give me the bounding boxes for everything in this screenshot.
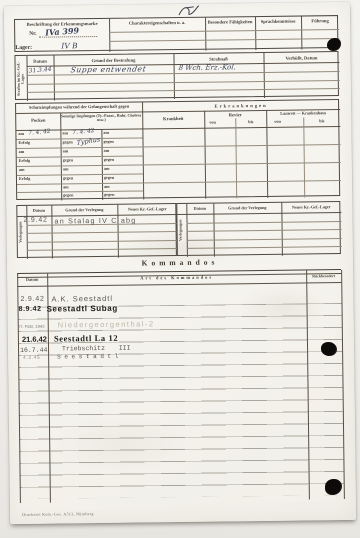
kommando-row-date: 2.9.42 xyxy=(20,296,44,303)
kommando-row-type: Seestadtl La 12 xyxy=(54,333,118,344)
punishment-entry-sentence: 8 Wch. Erz.-Kol. xyxy=(178,63,236,72)
punishment-served-header: Verbüßt, Datum xyxy=(263,55,339,61)
transfer-newcamp-header: Neues Kr.-Gef.-Lager xyxy=(281,205,341,210)
punishments-side-label: Strafen im Kr.-Gef.-Lager xyxy=(16,57,25,100)
punishment-date-header: Datum xyxy=(26,59,53,64)
sickbay-from-label: von xyxy=(209,121,216,126)
disease-col-label: Krankheit xyxy=(142,116,204,122)
kommando-row-date: 8.9.42 xyxy=(19,306,42,313)
kommando-row-date: 21.6.42 xyxy=(22,335,47,344)
handwritten-mark xyxy=(176,4,202,18)
vacc-gegen-label: gegen xyxy=(63,158,73,163)
transfer-date-header: Datum xyxy=(186,207,213,212)
abilities-col-label: Besondere Fähigkeiten xyxy=(206,19,254,25)
kommando-row-type: S e e s t a d t l xyxy=(57,353,118,361)
transfer-entry-date: 2.9.42 xyxy=(23,217,47,224)
vacc-am-label: am xyxy=(19,168,25,173)
punch-hole xyxy=(321,342,337,356)
kommando-date-header: Datum xyxy=(17,278,47,283)
kommando-row-date: 27. FEB. 1943 xyxy=(18,324,45,329)
kommando-row-type: Triebschitz III xyxy=(62,345,131,353)
vacc-gegen-label: gegen xyxy=(103,140,113,145)
pow-card-page: Beschriftung der Erkennungsmarke Nr. IVa… xyxy=(4,2,356,524)
transfer-reason-header: Grund der Verlegung xyxy=(51,208,117,213)
vaccinations-illnesses-table: Schutzimpfungen während der Gefangenscha… xyxy=(15,99,340,200)
vacc-am-label: am xyxy=(104,167,110,172)
vacc-erfolg-label: Erfolg xyxy=(18,141,29,146)
lager-value: IV B xyxy=(61,41,77,50)
languages-col-label: Sprachkenntnisse xyxy=(256,19,300,25)
vacc-gegen-label: gegen xyxy=(104,176,114,181)
vacc-am-label: am xyxy=(18,132,24,137)
vacc-gegen-label: gegen xyxy=(62,140,72,145)
vacc-gegen-label: gegen xyxy=(63,193,73,198)
kommando-recalled-header: Rückbeordert xyxy=(306,274,341,279)
vacc-am-label: am xyxy=(63,185,69,190)
punishment-sentence-header: Strafmaß xyxy=(173,56,263,62)
scanned-document: Beschriftung der Erkennungsmarke Nr. IVa… xyxy=(0,0,360,538)
kommandos-table: Datum Art des Kommandos Rückbeordert 2.9… xyxy=(17,269,344,506)
punishments-table: Strafen im Kr.-Gef.-Lager Datum Grund de… xyxy=(14,51,339,100)
lager-label: Lager: xyxy=(15,45,32,52)
kommando-row-date: 16.7.44 xyxy=(20,347,47,354)
punishment-entry-date: 31.3.44 xyxy=(28,66,51,75)
smallpox-col-label: Pocken xyxy=(16,117,60,123)
vacc-erfolg-label: Erfolg xyxy=(19,159,30,164)
transfers-side-label: Verlegungen xyxy=(18,207,23,258)
transfers-side-label: Verlegungen xyxy=(178,205,183,256)
vaccinations-title: Schutzimpfungen während der Gefangenscha… xyxy=(17,104,141,110)
hospital-to-label: bis xyxy=(319,119,324,124)
sickbay-to-label: bis xyxy=(248,120,253,125)
printer-imprint: Druckerei Kom.-Ges. A513, Nürnberg xyxy=(22,511,94,517)
header-table: Beschriftung der Erkennungsmarke Nr. IVa… xyxy=(14,15,338,52)
hospital-from-label: von xyxy=(274,120,281,125)
vacc-am-label: am xyxy=(63,149,69,154)
tag-nr-label: Nr. xyxy=(29,31,36,37)
vacc-am-label: am xyxy=(104,185,110,190)
vacc-gegen-label: gegen xyxy=(104,193,114,198)
vacc-am-label: am xyxy=(19,150,25,155)
transfer-reason-header: Grund der Verlegung xyxy=(213,206,281,211)
kommandos-title: Kommandos xyxy=(7,257,353,269)
conduct-col-label: Führung xyxy=(302,18,338,23)
vacc-am-label: am xyxy=(63,167,69,172)
transfer-date-header: Datum xyxy=(26,209,51,214)
punishment-entry-reason: Suppe entwendet xyxy=(70,64,147,74)
other-vacc-col-label: Sonstige Impfungen (Ty.-Parat., Ruhr, Ch… xyxy=(61,113,141,123)
character-col-label: Charaktereigenschaften u. a. xyxy=(110,20,204,26)
transfers-table-left: Verlegungen Datum Grund der Verlegung Ne… xyxy=(16,203,177,258)
vacc-am-label: am xyxy=(62,131,68,136)
kommando-row-type: Niedergeorgenthal-2 xyxy=(58,319,155,329)
other-vacc-date-entry: 7. 4. 42 xyxy=(72,128,95,136)
kommando-row-type: A.K. Seestadtl xyxy=(51,294,113,304)
transfer-entry-stamp: an Stalag IV C abg xyxy=(54,216,136,226)
other-vacc-against-entry: Typhus xyxy=(77,135,101,147)
sickbay-col-label: Revier xyxy=(204,112,266,118)
illnesses-title: Erkrankungen xyxy=(142,102,340,109)
vacc-erfolg-label: Erfolg xyxy=(19,177,30,182)
vacc-gegen-label: gegen xyxy=(63,176,73,181)
kommando-row-type: Seestadtl Subag xyxy=(46,304,117,314)
transfer-newcamp-header: Neues Kr.-Gef.-Lager xyxy=(117,207,177,212)
kommando-row-date: 4.2.45 xyxy=(23,355,40,360)
hospital-col-label: Lazarett — Krankenhaus xyxy=(266,111,340,117)
vacc-gegen-label: gegen xyxy=(104,158,114,163)
smallpox-date-entry: 7. 4. 42 xyxy=(28,129,51,137)
punishment-reason-header: Grund der Bestrafung xyxy=(53,57,173,64)
vacc-am-label: am xyxy=(104,149,110,154)
transfers-table-right: Verlegungen Datum Grund der Verlegung Ne… xyxy=(176,201,341,256)
vacc-am-label: am xyxy=(103,131,109,136)
